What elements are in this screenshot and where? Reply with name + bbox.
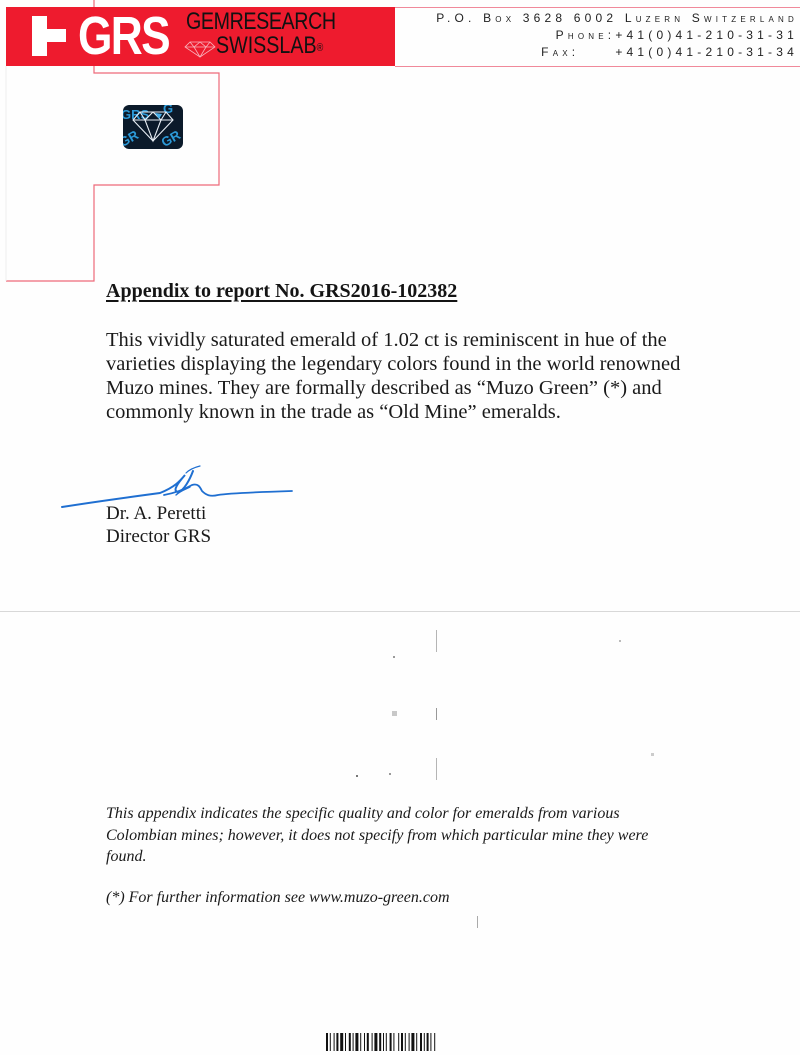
body-line: commonly known in the trade as “Old Mine… [106,400,726,424]
body-line: Muzo mines. They are formally described … [106,376,726,400]
disclaimer: This appendix indicates the specific qua… [106,803,726,868]
disclaimer-line: found. [106,846,726,868]
disclaimer-line: Colombian mines; however, it does not sp… [106,825,726,847]
barcode-icon [326,1033,504,1051]
body-line: This vividly saturated emerald of 1.02 c… [106,328,726,352]
phone-value: +41(0)41-210-31-31 [615,28,798,42]
page-title: Appendix to report No. GRS2016-102382 [106,280,457,303]
address-block: P.O. Box 3628 6002 Luzern Switzerland Ph… [395,7,800,67]
fax-label: Fax: [541,45,579,59]
signatory-name: Dr. A. Peretti [106,502,211,525]
swiss-cross-icon [32,16,78,56]
brand-swisslab: SWISSLAB [216,32,317,59]
diamond-outline-icon [184,40,216,58]
footnote: (*) For further information see www.muzo… [106,889,450,907]
fold-line [0,611,800,612]
fax-line: Fax:+41(0)41-210-31-34 [541,45,798,59]
body-line: varieties displaying the legendary color… [106,352,726,376]
appendix-body: This vividly saturated emerald of 1.02 c… [106,328,726,424]
phone-line: Phone:+41(0)41-210-31-31 [556,28,798,42]
brand-name-line1: GEMRESEARCH [186,10,336,34]
fax-value: +41(0)41-210-31-34 [615,45,798,59]
diamond-hologram-icon [131,109,175,143]
postal-address: P.O. Box 3628 6002 Luzern Switzerland [436,11,798,25]
phone-label: Phone: [556,28,616,42]
brand-name-line2: SWISSLAB® [216,34,323,60]
signatory-title: Director GRS [106,525,211,548]
hologram-seal: GRS G GR GR [123,105,183,149]
signatory-block: Dr. A. Peretti Director GRS [106,502,211,548]
registered-mark: ® [317,42,324,54]
disclaimer-line: This appendix indicates the specific qua… [106,803,726,825]
grs-logo-text: GRS [78,7,169,66]
